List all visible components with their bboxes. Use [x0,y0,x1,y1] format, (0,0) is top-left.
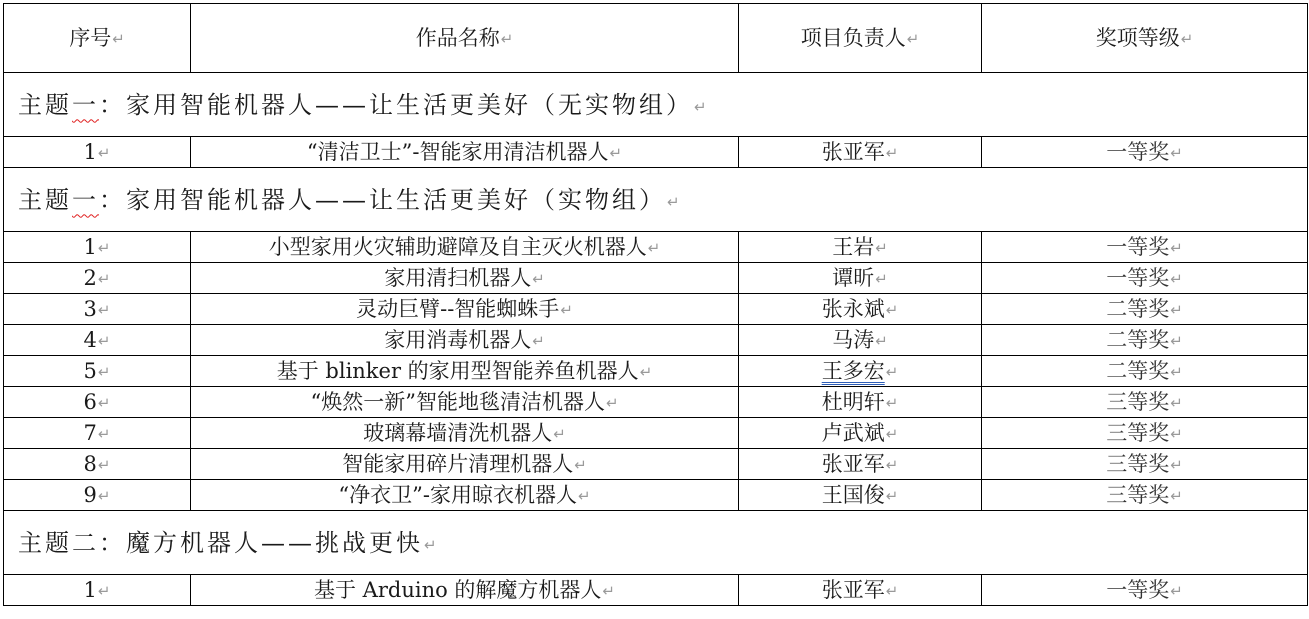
header-award[interactable]: 奖项等级↵ [982,4,1308,73]
paragraph-mark-icon: ↵ [886,582,899,600]
table-row: 3↵ 灵动巨臂--智能蜘蛛手↵ 张永斌↵ 二等奖↵ [4,294,1308,325]
cell-award[interactable]: 二等奖↵ [982,356,1308,387]
cell-number[interactable]: 3↵ [4,294,191,325]
cell-leader[interactable]: 王国俊↵ [739,480,982,511]
table-row: 2↵ 家用清扫机器人↵ 谭昕↵ 一等奖↵ [4,263,1308,294]
paragraph-mark-icon: ↵ [1170,425,1183,443]
paragraph-mark-icon: ↵ [98,363,111,381]
cell-leader[interactable]: 王多宏↵ [739,356,982,387]
table-row: 8↵ 智能家用碎片清理机器人↵ 张亚军↵ 三等奖↵ [4,449,1308,480]
paragraph-mark-icon: ↵ [501,30,514,48]
paragraph-mark-icon: ↵ [640,363,653,381]
cell-work-name[interactable]: 基于 Arduino 的解魔方机器人↵ [191,575,739,606]
cell-number[interactable]: 4↵ [4,325,191,356]
paragraph-mark-icon: ↵ [98,487,111,505]
paragraph-mark-icon: ↵ [1170,363,1183,381]
paragraph-mark-icon: ↵ [886,394,899,412]
table-header-row: 序号↵ 作品名称↵ 项目负责人↵ 奖项等级↵ [4,4,1308,73]
cell-number[interactable]: 1↵ [4,575,191,606]
cell-leader[interactable]: 张亚军↵ [739,449,982,480]
paragraph-mark-icon: ↵ [875,332,888,350]
spellcheck-flag[interactable]: 一 [72,91,99,119]
cell-leader[interactable]: 卢武斌↵ [739,418,982,449]
cell-leader[interactable]: 张亚军↵ [739,575,982,606]
cell-work-name[interactable]: “清洁卫士”-智能家用清洁机器人↵ [191,137,739,168]
cell-leader[interactable]: 马涛↵ [739,325,982,356]
paragraph-mark-icon: ↵ [532,332,545,350]
cell-work-name[interactable]: 小型家用火灾辅助避障及自主灭火机器人↵ [191,232,739,263]
grammar-flag[interactable]: 王多宏 [822,359,885,383]
header-work-name[interactable]: 作品名称↵ [191,4,739,73]
paragraph-mark-icon: ↵ [1170,270,1183,288]
cell-award[interactable]: 三等奖↵ [982,449,1308,480]
section-title[interactable]: 主题一：家用智能机器人——让生活更美好（实物组）↵ [4,168,1308,232]
cell-award[interactable]: 三等奖↵ [982,387,1308,418]
paragraph-mark-icon: ↵ [886,363,899,381]
paragraph-mark-icon: ↵ [1170,582,1183,600]
table-row: 7↵ 玻璃幕墙清洗机器人↵ 卢武斌↵ 三等奖↵ [4,418,1308,449]
cell-award[interactable]: 二等奖↵ [982,325,1308,356]
cell-work-name[interactable]: “焕然一新”智能地毯清洁机器人↵ [191,387,739,418]
paragraph-mark-icon: ↵ [886,456,899,474]
paragraph-mark-icon: ↵ [602,582,615,600]
cell-award[interactable]: 一等奖↵ [982,575,1308,606]
section-title[interactable]: 主题二：魔方机器人——挑战更快↵ [4,511,1308,575]
paragraph-mark-icon: ↵ [1170,487,1183,505]
paragraph-mark-icon: ↵ [694,98,707,116]
cell-award[interactable]: 一等奖↵ [982,263,1308,294]
paragraph-mark-icon: ↵ [1170,332,1183,350]
paragraph-mark-icon: ↵ [610,144,623,162]
paragraph-mark-icon: ↵ [560,301,573,319]
paragraph-mark-icon: ↵ [667,193,680,211]
paragraph-mark-icon: ↵ [886,425,899,443]
paragraph-mark-icon: ↵ [112,30,125,48]
cell-award[interactable]: 三等奖↵ [982,418,1308,449]
paragraph-mark-icon: ↵ [1170,394,1183,412]
cell-award[interactable]: 一等奖↵ [982,137,1308,168]
cell-award[interactable]: 二等奖↵ [982,294,1308,325]
paragraph-mark-icon: ↵ [98,239,111,257]
paragraph-mark-icon: ↵ [1170,144,1183,162]
paragraph-mark-icon: ↵ [424,536,437,554]
cell-number[interactable]: 8↵ [4,449,191,480]
paragraph-mark-icon: ↵ [1170,301,1183,319]
cell-work-name[interactable]: 家用消毒机器人↵ [191,325,739,356]
paragraph-mark-icon: ↵ [98,332,111,350]
cell-leader[interactable]: 张永斌↵ [739,294,982,325]
cell-leader[interactable]: 杜明轩↵ [739,387,982,418]
section-title-row: 主题二：魔方机器人——挑战更快↵ [4,511,1308,575]
header-number[interactable]: 序号↵ [4,4,191,73]
header-leader[interactable]: 项目负责人↵ [739,4,982,73]
paragraph-mark-icon: ↵ [578,487,591,505]
cell-number[interactable]: 7↵ [4,418,191,449]
cell-work-name[interactable]: 智能家用碎片清理机器人↵ [191,449,739,480]
paragraph-mark-icon: ↵ [907,30,920,48]
table-row: 1↵ 基于 Arduino 的解魔方机器人↵ 张亚军↵ 一等奖↵ [4,575,1308,606]
section-title-row: 主题一：家用智能机器人——让生活更美好（实物组）↵ [4,168,1308,232]
paragraph-mark-icon: ↵ [648,239,661,257]
paragraph-mark-icon: ↵ [98,394,111,412]
cell-leader[interactable]: 谭昕↵ [739,263,982,294]
table-row: 5↵ 基于 blinker 的家用型智能养鱼机器人↵ 王多宏↵ 二等奖↵ [4,356,1308,387]
paragraph-mark-icon: ↵ [553,425,566,443]
cell-number[interactable]: 2↵ [4,263,191,294]
cell-work-name[interactable]: “净衣卫”-家用晾衣机器人↵ [191,480,739,511]
cell-award[interactable]: 一等奖↵ [982,232,1308,263]
cell-number[interactable]: 6↵ [4,387,191,418]
table-row: 6↵ “焕然一新”智能地毯清洁机器人↵ 杜明轩↵ 三等奖↵ [4,387,1308,418]
paragraph-mark-icon: ↵ [886,144,899,162]
cell-work-name[interactable]: 基于 blinker 的家用型智能养鱼机器人↵ [191,356,739,387]
paragraph-mark-icon: ↵ [875,239,888,257]
paragraph-mark-icon: ↵ [1170,456,1183,474]
table-row: 4↵ 家用消毒机器人↵ 马涛↵ 二等奖↵ [4,325,1308,356]
paragraph-mark-icon: ↵ [98,301,111,319]
table-row: 1↵ “清洁卫士”-智能家用清洁机器人↵ 张亚军↵ 一等奖↵ [4,137,1308,168]
paragraph-mark-icon: ↵ [1181,30,1194,48]
cell-number[interactable]: 1↵ [4,137,191,168]
paragraph-mark-icon: ↵ [98,270,111,288]
awards-table: 序号↵ 作品名称↵ 项目负责人↵ 奖项等级↵ 主题一：家用智能机器人——让生活更… [3,3,1308,606]
paragraph-mark-icon: ↵ [98,144,111,162]
cell-leader[interactable]: 张亚军↵ [739,137,982,168]
cell-work-name[interactable]: 家用清扫机器人↵ [191,263,739,294]
paragraph-mark-icon: ↵ [98,425,111,443]
paragraph-mark-icon: ↵ [886,487,899,505]
paragraph-mark-icon: ↵ [1170,239,1183,257]
paragraph-mark-icon: ↵ [875,270,888,288]
paragraph-mark-icon: ↵ [574,456,587,474]
paragraph-mark-icon: ↵ [98,456,111,474]
cell-work-name[interactable]: 灵动巨臂--智能蜘蛛手↵ [191,294,739,325]
cell-leader[interactable]: 王岩↵ [739,232,982,263]
cell-number[interactable]: 5↵ [4,356,191,387]
cell-number[interactable]: 1↵ [4,232,191,263]
cell-award[interactable]: 三等奖↵ [982,480,1308,511]
cell-work-name[interactable]: 玻璃幕墙清洗机器人↵ [191,418,739,449]
cell-number[interactable]: 9↵ [4,480,191,511]
section-title-row: 主题一：家用智能机器人——让生活更美好（无实物组）↵ [4,73,1308,137]
paragraph-mark-icon: ↵ [98,582,111,600]
table-row: 1↵ 小型家用火灾辅助避障及自主灭火机器人↵ 王岩↵ 一等奖↵ [4,232,1308,263]
paragraph-mark-icon: ↵ [886,301,899,319]
section-title[interactable]: 主题一：家用智能机器人——让生活更美好（无实物组）↵ [4,73,1308,137]
paragraph-mark-icon: ↵ [532,270,545,288]
table-row: 9↵ “净衣卫”-家用晾衣机器人↵ 王国俊↵ 三等奖↵ [4,480,1308,511]
spellcheck-flag[interactable]: 一 [72,186,99,214]
paragraph-mark-icon: ↵ [606,394,619,412]
